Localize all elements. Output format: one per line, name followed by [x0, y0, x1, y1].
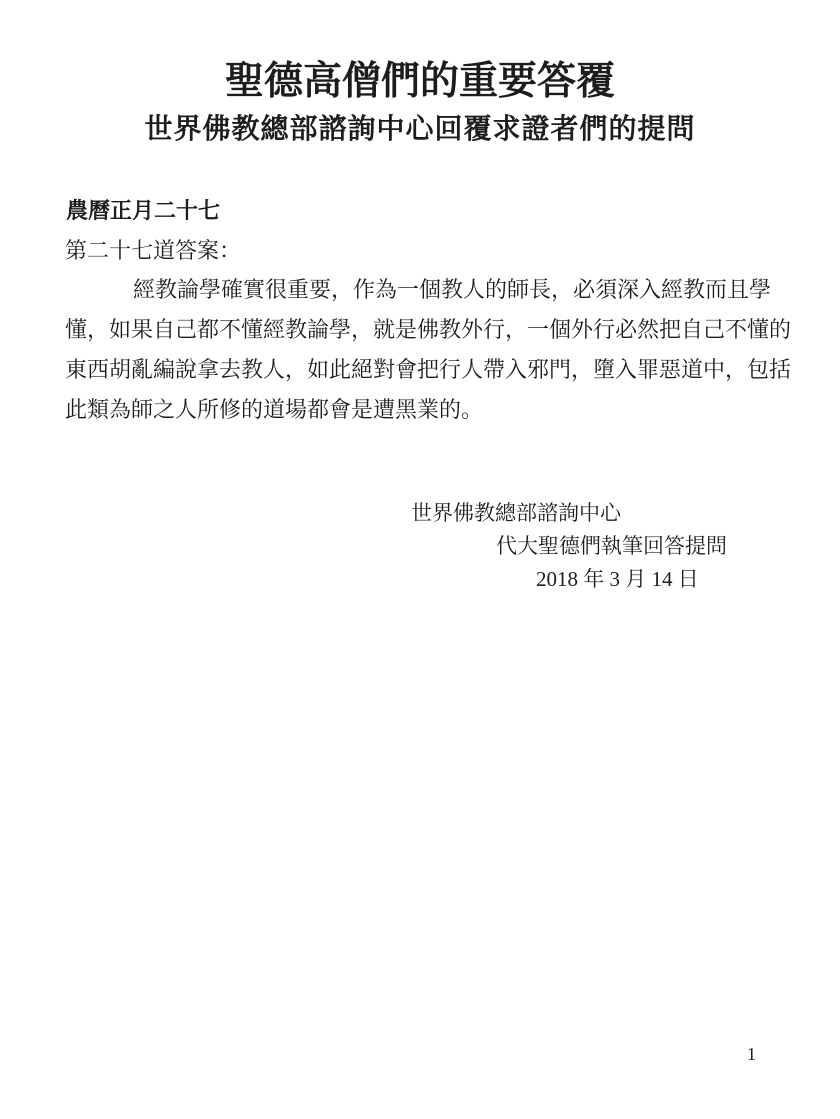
signature-organization: 世界佛教總部諮詢中心: [411, 500, 621, 526]
document-page: 聖德高僧們的重要答覆 世界佛教總部諮詢中心回覆求證者們的提問 農曆正月二十七 第…: [0, 0, 840, 1119]
document-subtitle: 世界佛教總部諮詢中心回覆求證者們的提問: [0, 112, 840, 148]
paragraph-line-3: 東西胡亂編說拿去教人，如此絕對會把行人帶入邪門，墮入罪惡道中，包括: [65, 350, 781, 390]
page-number: 1: [747, 1043, 756, 1065]
signature-date: 2018 年 3 月 14 日: [536, 566, 699, 592]
signature-byline: 代大聖德們執筆回答提問: [496, 533, 727, 559]
answer-number-label: 第二十七道答案：: [65, 237, 241, 265]
paragraph-line-4: 此類為師之人所修的道場都會是遭黑業的。: [65, 390, 781, 430]
answer-paragraph: 經教論學確實很重要，作為一個教人的師長，必須深入經教而且學 懂，如果自己都不懂經…: [65, 270, 781, 430]
paragraph-line-2: 懂，如果自己都不懂經教論學，就是佛教外行，一個外行必然把自己不懂的: [65, 310, 781, 350]
paragraph-line-1: 經教論學確實很重要，作為一個教人的師長，必須深入經教而且學: [65, 270, 781, 310]
lunar-date-heading: 農曆正月二十七: [66, 197, 220, 225]
document-title: 聖德高僧們的重要答覆: [0, 60, 840, 105]
